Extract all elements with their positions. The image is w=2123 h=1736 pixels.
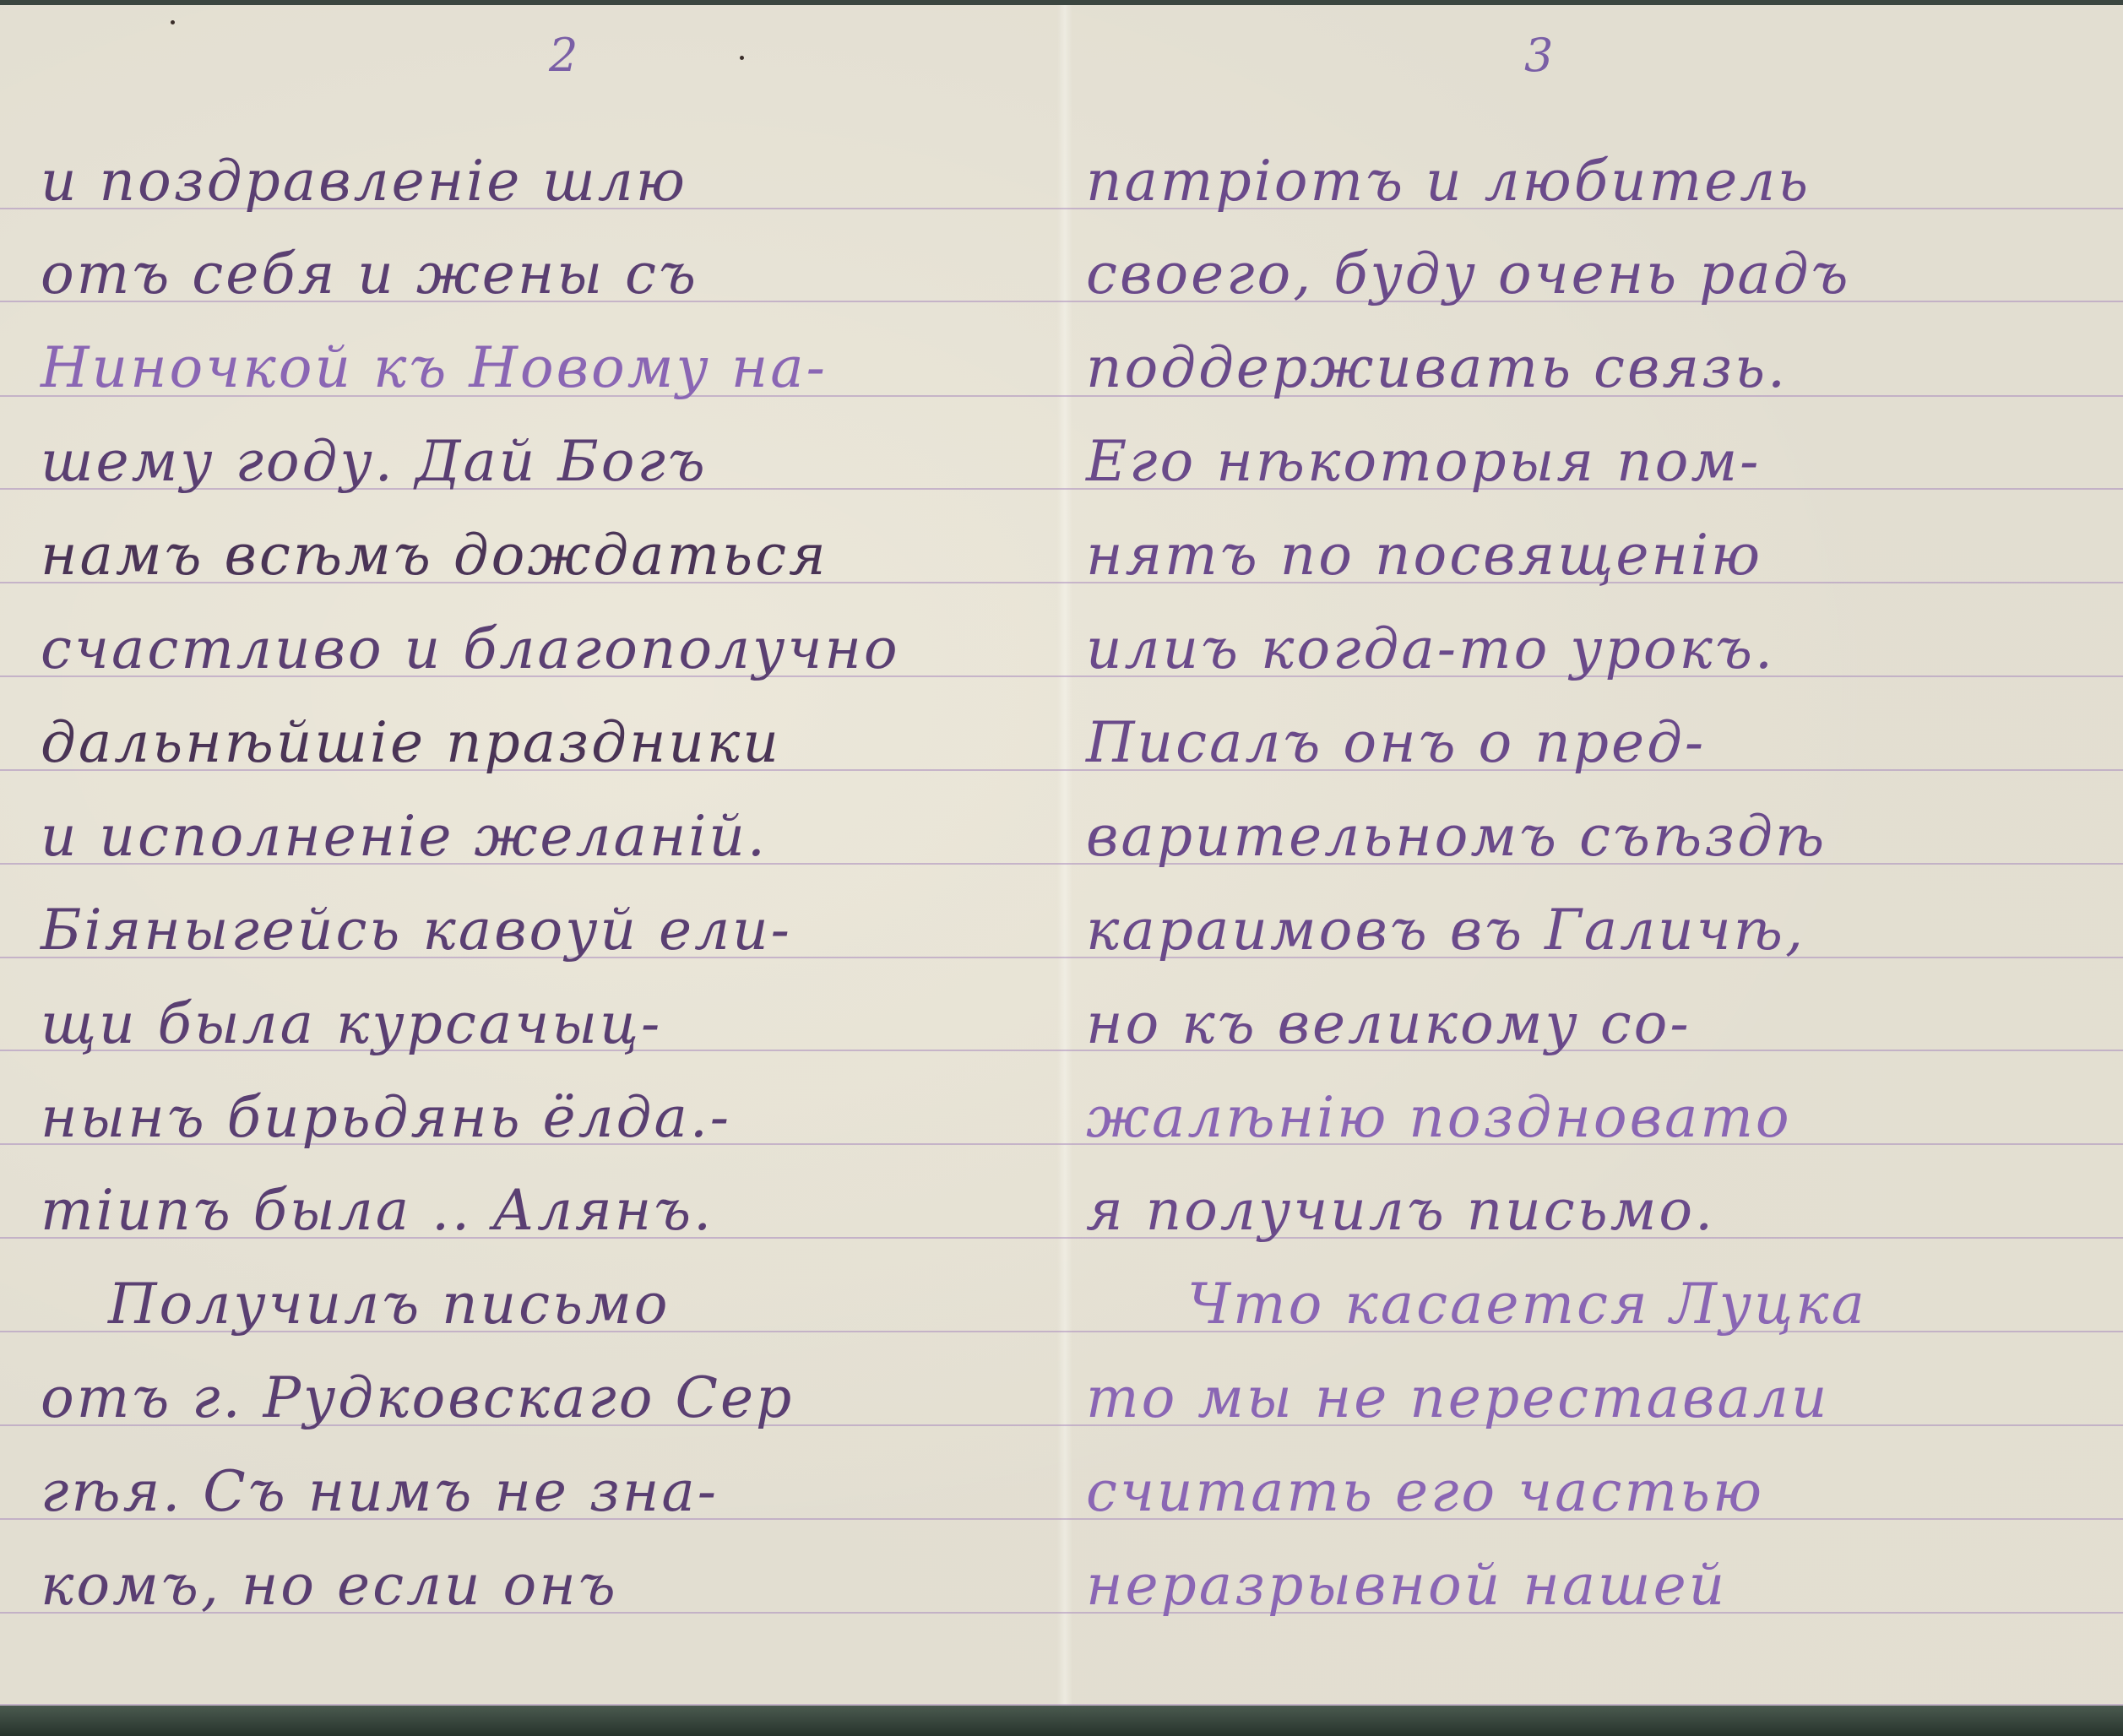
text-line: Біяныгейсь кавоуй ели-: [41, 903, 792, 958]
text-line: отъ г. Рудковскаго Сер: [41, 1370, 794, 1426]
text-line: Что касается Луцка: [1187, 1277, 1867, 1332]
text-line: дальнѣйшіе праздники: [41, 715, 781, 771]
text-line: шему году. Дай Богъ: [41, 434, 708, 490]
paper-speck: [171, 20, 175, 24]
text-line: но къ великому со-: [1086, 996, 1691, 1052]
text-line: илиъ когда-то урокъ.: [1086, 621, 1775, 677]
text-line: тіипъ была .. Алянъ.: [41, 1183, 714, 1239]
text-line: то мы не переставали: [1086, 1370, 1829, 1426]
text-line: я получилъ письмо.: [1086, 1183, 1715, 1239]
text-line: караимовъ въ Галичѣ,: [1086, 903, 1805, 958]
page-fold: [1057, 5, 1072, 1709]
text-line: отъ себя и жены съ: [41, 247, 698, 302]
text-line: щи была курсачыц-: [41, 996, 662, 1052]
text-line: и исполненіе желаній.: [41, 809, 768, 865]
page-number-left: 2: [549, 29, 578, 82]
text-line: своего, буду очень радъ: [1086, 247, 1851, 302]
text-line: варительномъ съѣздѣ: [1086, 809, 1827, 865]
text-line: Ниночкой къ Новому на-: [41, 340, 828, 396]
text-line: намъ всѣмъ дождаться: [41, 528, 828, 583]
text-line: нынъ бирьдянь ёлда.-: [41, 1090, 731, 1146]
text-line: Получилъ письмо: [108, 1277, 671, 1332]
text-line: комъ, но если онъ: [41, 1558, 618, 1614]
text-line: и поздравленіе шлю: [41, 154, 687, 209]
scan-bottom-edge: [0, 1706, 2123, 1736]
paper-speck: [740, 56, 744, 60]
text-line: жалѣнію поздновато: [1086, 1090, 1792, 1146]
text-line: патріотъ и любитель: [1086, 154, 1811, 209]
page-number-right: 3: [1524, 29, 1553, 82]
text-line: Писалъ онъ о пред-: [1086, 715, 1706, 771]
text-line: счастливо и благополучно: [41, 621, 900, 677]
text-line: Его нѣкоторыя пом-: [1086, 434, 1761, 490]
text-line: неразрывной нашей: [1086, 1558, 1727, 1614]
letter-paper: 2 3 и поздравленіе шлю отъ себя и жены с…: [0, 5, 2123, 1709]
text-line: поддерживать связь.: [1086, 340, 1788, 396]
text-line: считать его частью: [1086, 1464, 1764, 1520]
text-line: нятъ по посвященію: [1086, 528, 1762, 583]
text-line: гѣя. Съ нимъ не зна-: [41, 1464, 719, 1520]
